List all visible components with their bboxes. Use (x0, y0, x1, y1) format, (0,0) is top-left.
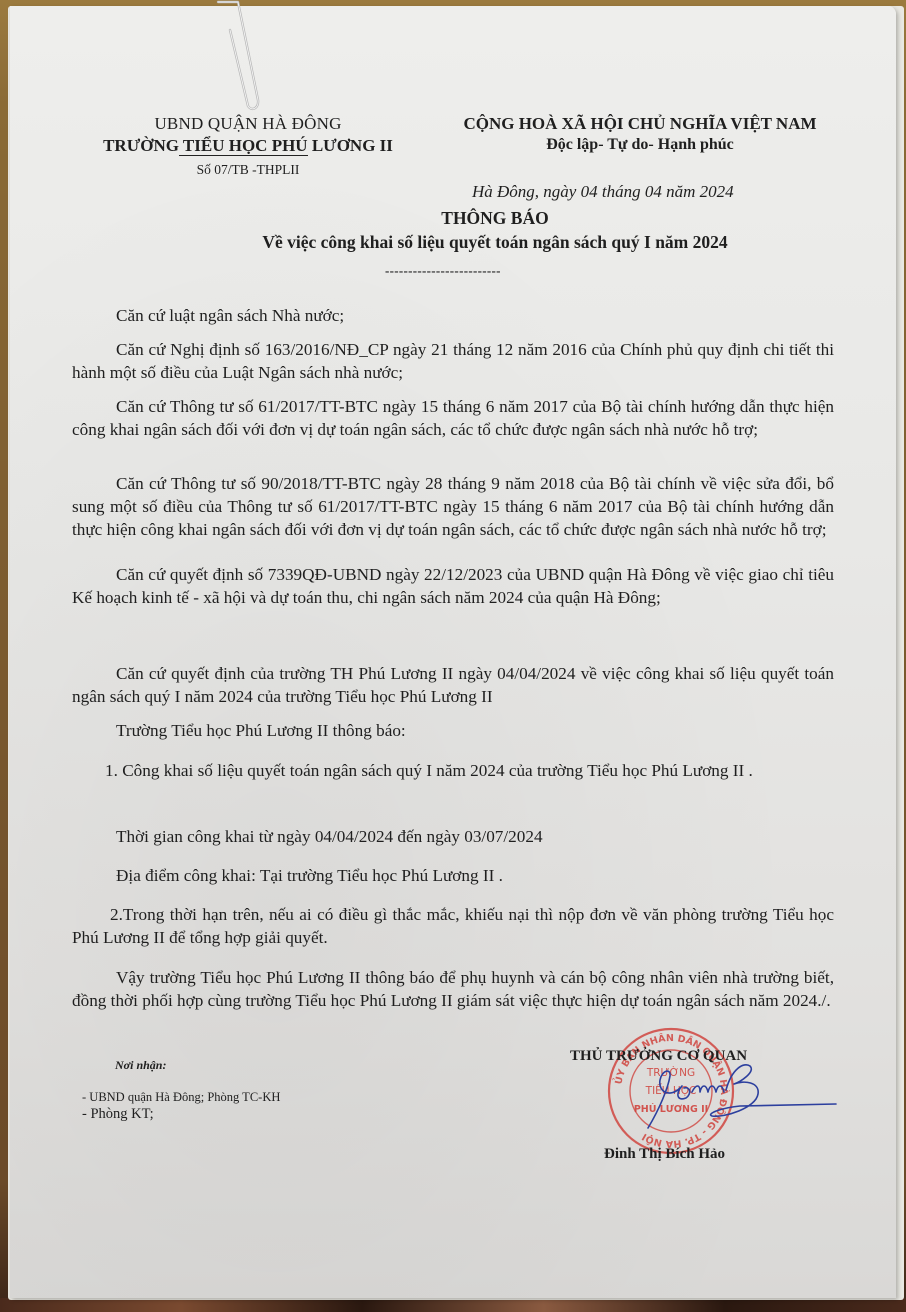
paragraph-closing: Vậy trường Tiểu học Phú Lương II thông b… (72, 966, 834, 1012)
paragraph-announce: Trường Tiểu học Phú Lương II thông báo: (72, 719, 834, 742)
place-date: Hà Đông, ngày 04 tháng 04 năm 2024 (472, 182, 734, 202)
document-number: Số 07/TB -THPLII (78, 162, 418, 178)
paragraph-legal-basis-1: Căn cứ luật ngân sách Nhà nước; (72, 304, 834, 327)
handwritten-signature-icon (640, 1058, 840, 1138)
separator-line: ------------------------- (385, 263, 501, 279)
authority-name: UBND QUẬN HÀ ĐÔNG (78, 114, 418, 134)
issuing-authority-block: UBND QUẬN HÀ ĐÔNG TRƯỜNG TIỂU HỌC PHÚ LƯ… (78, 114, 418, 178)
paragraph-legal-basis-5: Căn cứ quyết định số 7339QĐ-UBND ngày 22… (72, 563, 834, 609)
recipient-item: - UBND quận Hà Đông; Phòng TC-KH (82, 1090, 280, 1105)
paragraph-time: Thời gian công khai từ ngày 04/04/2024 đ… (72, 825, 834, 848)
national-motto: Độc lập- Tự do- Hạnh phúc (430, 136, 850, 154)
recipient-item: - Phòng KT; (82, 1106, 154, 1123)
paragraph-legal-basis-4: Căn cứ Thông tư số 90/2018/TT-BTC ngày 2… (72, 472, 834, 542)
paragraph-legal-basis-3: Căn cứ Thông tư số 61/2017/TT-BTC ngày 1… (72, 395, 834, 441)
paperclip-icon (212, 0, 262, 115)
paragraph-location: Địa điểm công khai: Tại trường Tiểu học … (72, 864, 834, 887)
signatory-name: Đinh Thị Bích Hảo (604, 1146, 725, 1163)
school-name: TRƯỜNG TIỂU HỌC PHÚ LƯƠNG II (78, 136, 418, 156)
document-subtitle: Về việc công khai số liệu quyết toán ngâ… (150, 232, 840, 253)
recipients-label: Nơi nhận: (115, 1058, 166, 1073)
paragraph-item-2: 2.Trong thời hạn trên, nếu ai có điều gì… (72, 903, 834, 949)
nation-name: CỘNG HOÀ XÃ HỘI CHỦ NGHĨA VIỆT NAM (430, 114, 850, 134)
document-title: THÔNG BÁO (200, 208, 790, 229)
paragraph-legal-basis-2: Căn cứ Nghị định số 163/2016/NĐ_CP ngày … (72, 338, 834, 384)
paragraph-legal-basis-6: Căn cứ quyết định của trường TH Phú Lươn… (72, 662, 834, 708)
desk-edge (0, 1298, 906, 1312)
document-page: UBND QUẬN HÀ ĐÔNG TRƯỜNG TIỂU HỌC PHÚ LƯ… (10, 6, 896, 1298)
national-header-block: CỘNG HOÀ XÃ HỘI CHỦ NGHĨA VIỆT NAM Độc l… (430, 114, 850, 154)
paragraph-item-1: 1. Công khai số liệu quyết toán ngân sác… (72, 759, 834, 782)
